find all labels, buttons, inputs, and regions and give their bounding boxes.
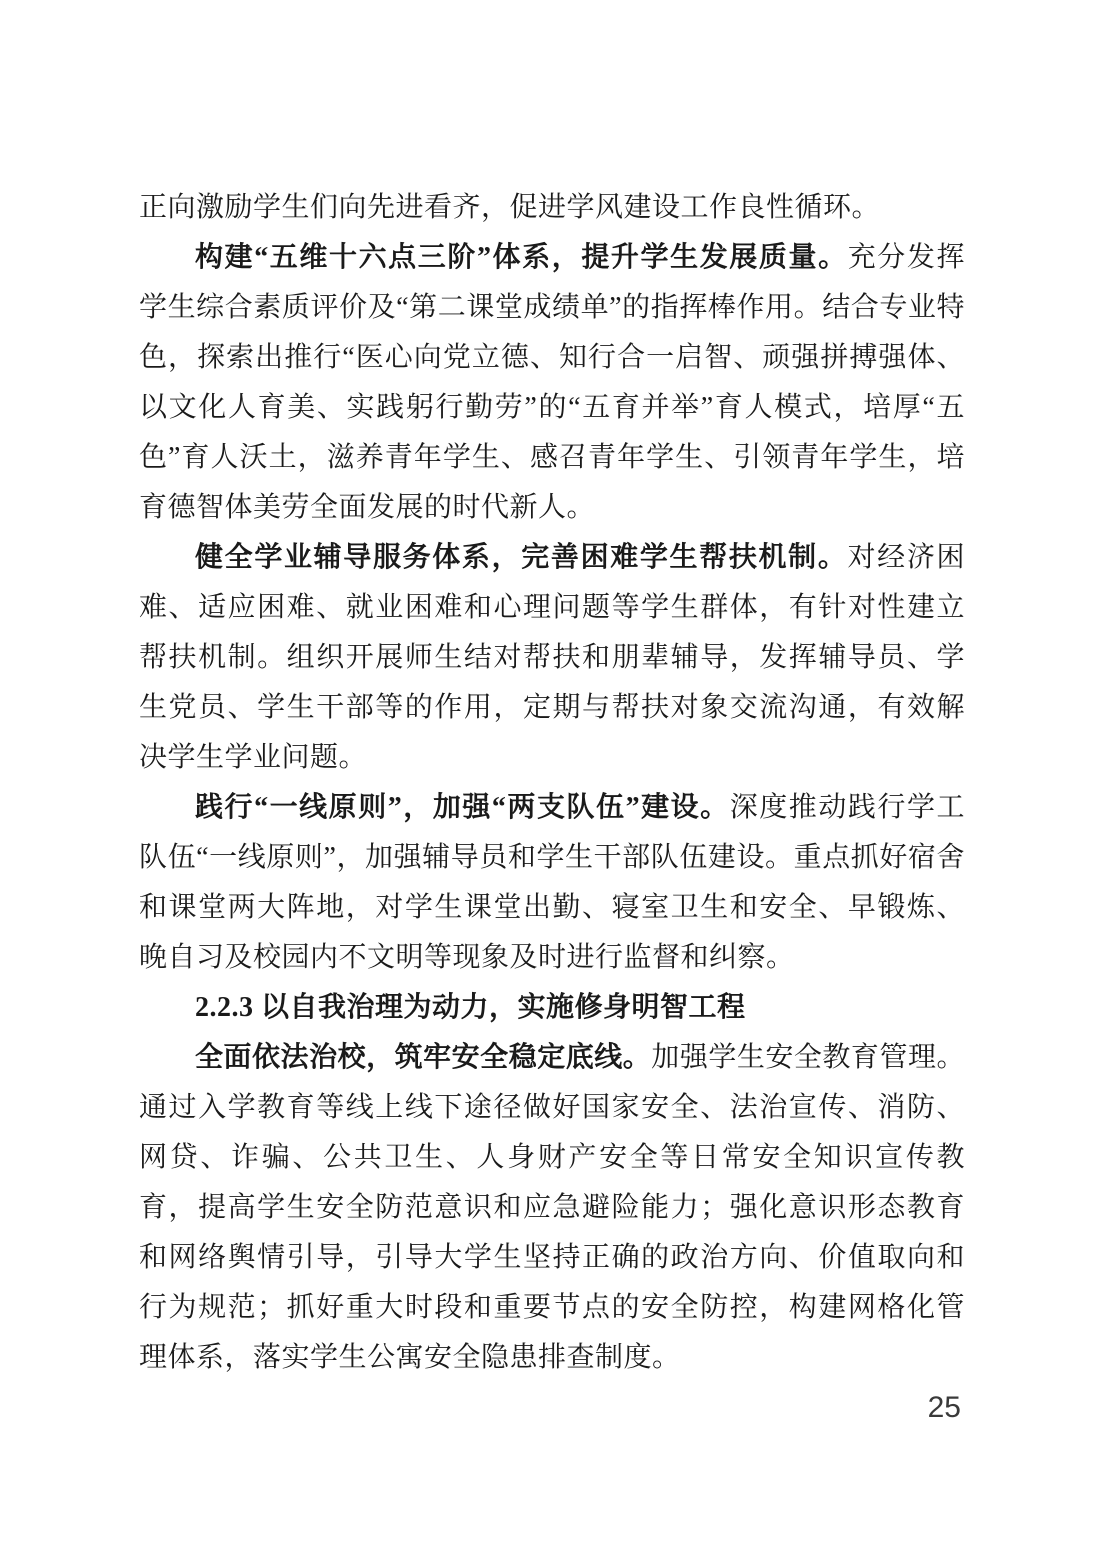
body-paragraph: 构建“五维十六点三阶”体系，提升学生发展质量。充分发挥学生综合素质评价及“第二课… xyxy=(139,233,965,533)
body-paragraph: 践行“一线原则”，加强“两支队伍”建设。深度推动践行学工队伍“一线原则”，加强辅… xyxy=(139,783,965,983)
section-heading: 2.2.3 以自我治理为动力，实施修身明智工程 xyxy=(139,983,965,1033)
body-paragraph: 健全学业辅导服务体系，完善困难学生帮扶机制。对经济困难、适应困难、就业困难和心理… xyxy=(139,533,965,783)
paragraph-text: 加强学生安全教育管理。通过入学教育等线上线下途径做好国家安全、法治宣传、消防、网… xyxy=(139,1042,965,1373)
body-paragraph: 正向激励学生们向先进看齐，促进学风建设工作良性循环。 xyxy=(139,183,965,233)
paragraph-lead: 构建“五维十六点三阶”体系，提升学生发展质量。 xyxy=(195,242,848,273)
page-number: 25 xyxy=(928,1390,961,1426)
paragraph-text: 充分发挥学生综合素质评价及“第二课堂成绩单”的指挥棒作用。结合专业特色，探索出推… xyxy=(139,242,965,523)
body-paragraph: 全面依法治校，筑牢安全稳定底线。加强学生安全教育管理。通过入学教育等线上线下途径… xyxy=(139,1033,965,1383)
page-content: 正向激励学生们向先进看齐，促进学风建设工作良性循环。 构建“五维十六点三阶”体系… xyxy=(139,183,965,1383)
paragraph-lead: 全面依法治校，筑牢安全稳定底线。 xyxy=(195,1042,651,1073)
paragraph-text: 正向激励学生们向先进看齐，促进学风建设工作良性循环。 xyxy=(139,192,880,223)
paragraph-lead: 健全学业辅导服务体系，完善困难学生帮扶机制。 xyxy=(195,542,848,573)
document-page: 正向激励学生们向先进看齐，促进学风建设工作良性循环。 构建“五维十六点三阶”体系… xyxy=(0,0,1102,1559)
paragraph-lead: 践行“一线原则”，加强“两支队伍”建设。 xyxy=(195,792,730,823)
paragraph-text: 对经济困难、适应困难、就业困难和心理问题等学生群体，有针对性建立帮扶机制。组织开… xyxy=(139,542,965,773)
